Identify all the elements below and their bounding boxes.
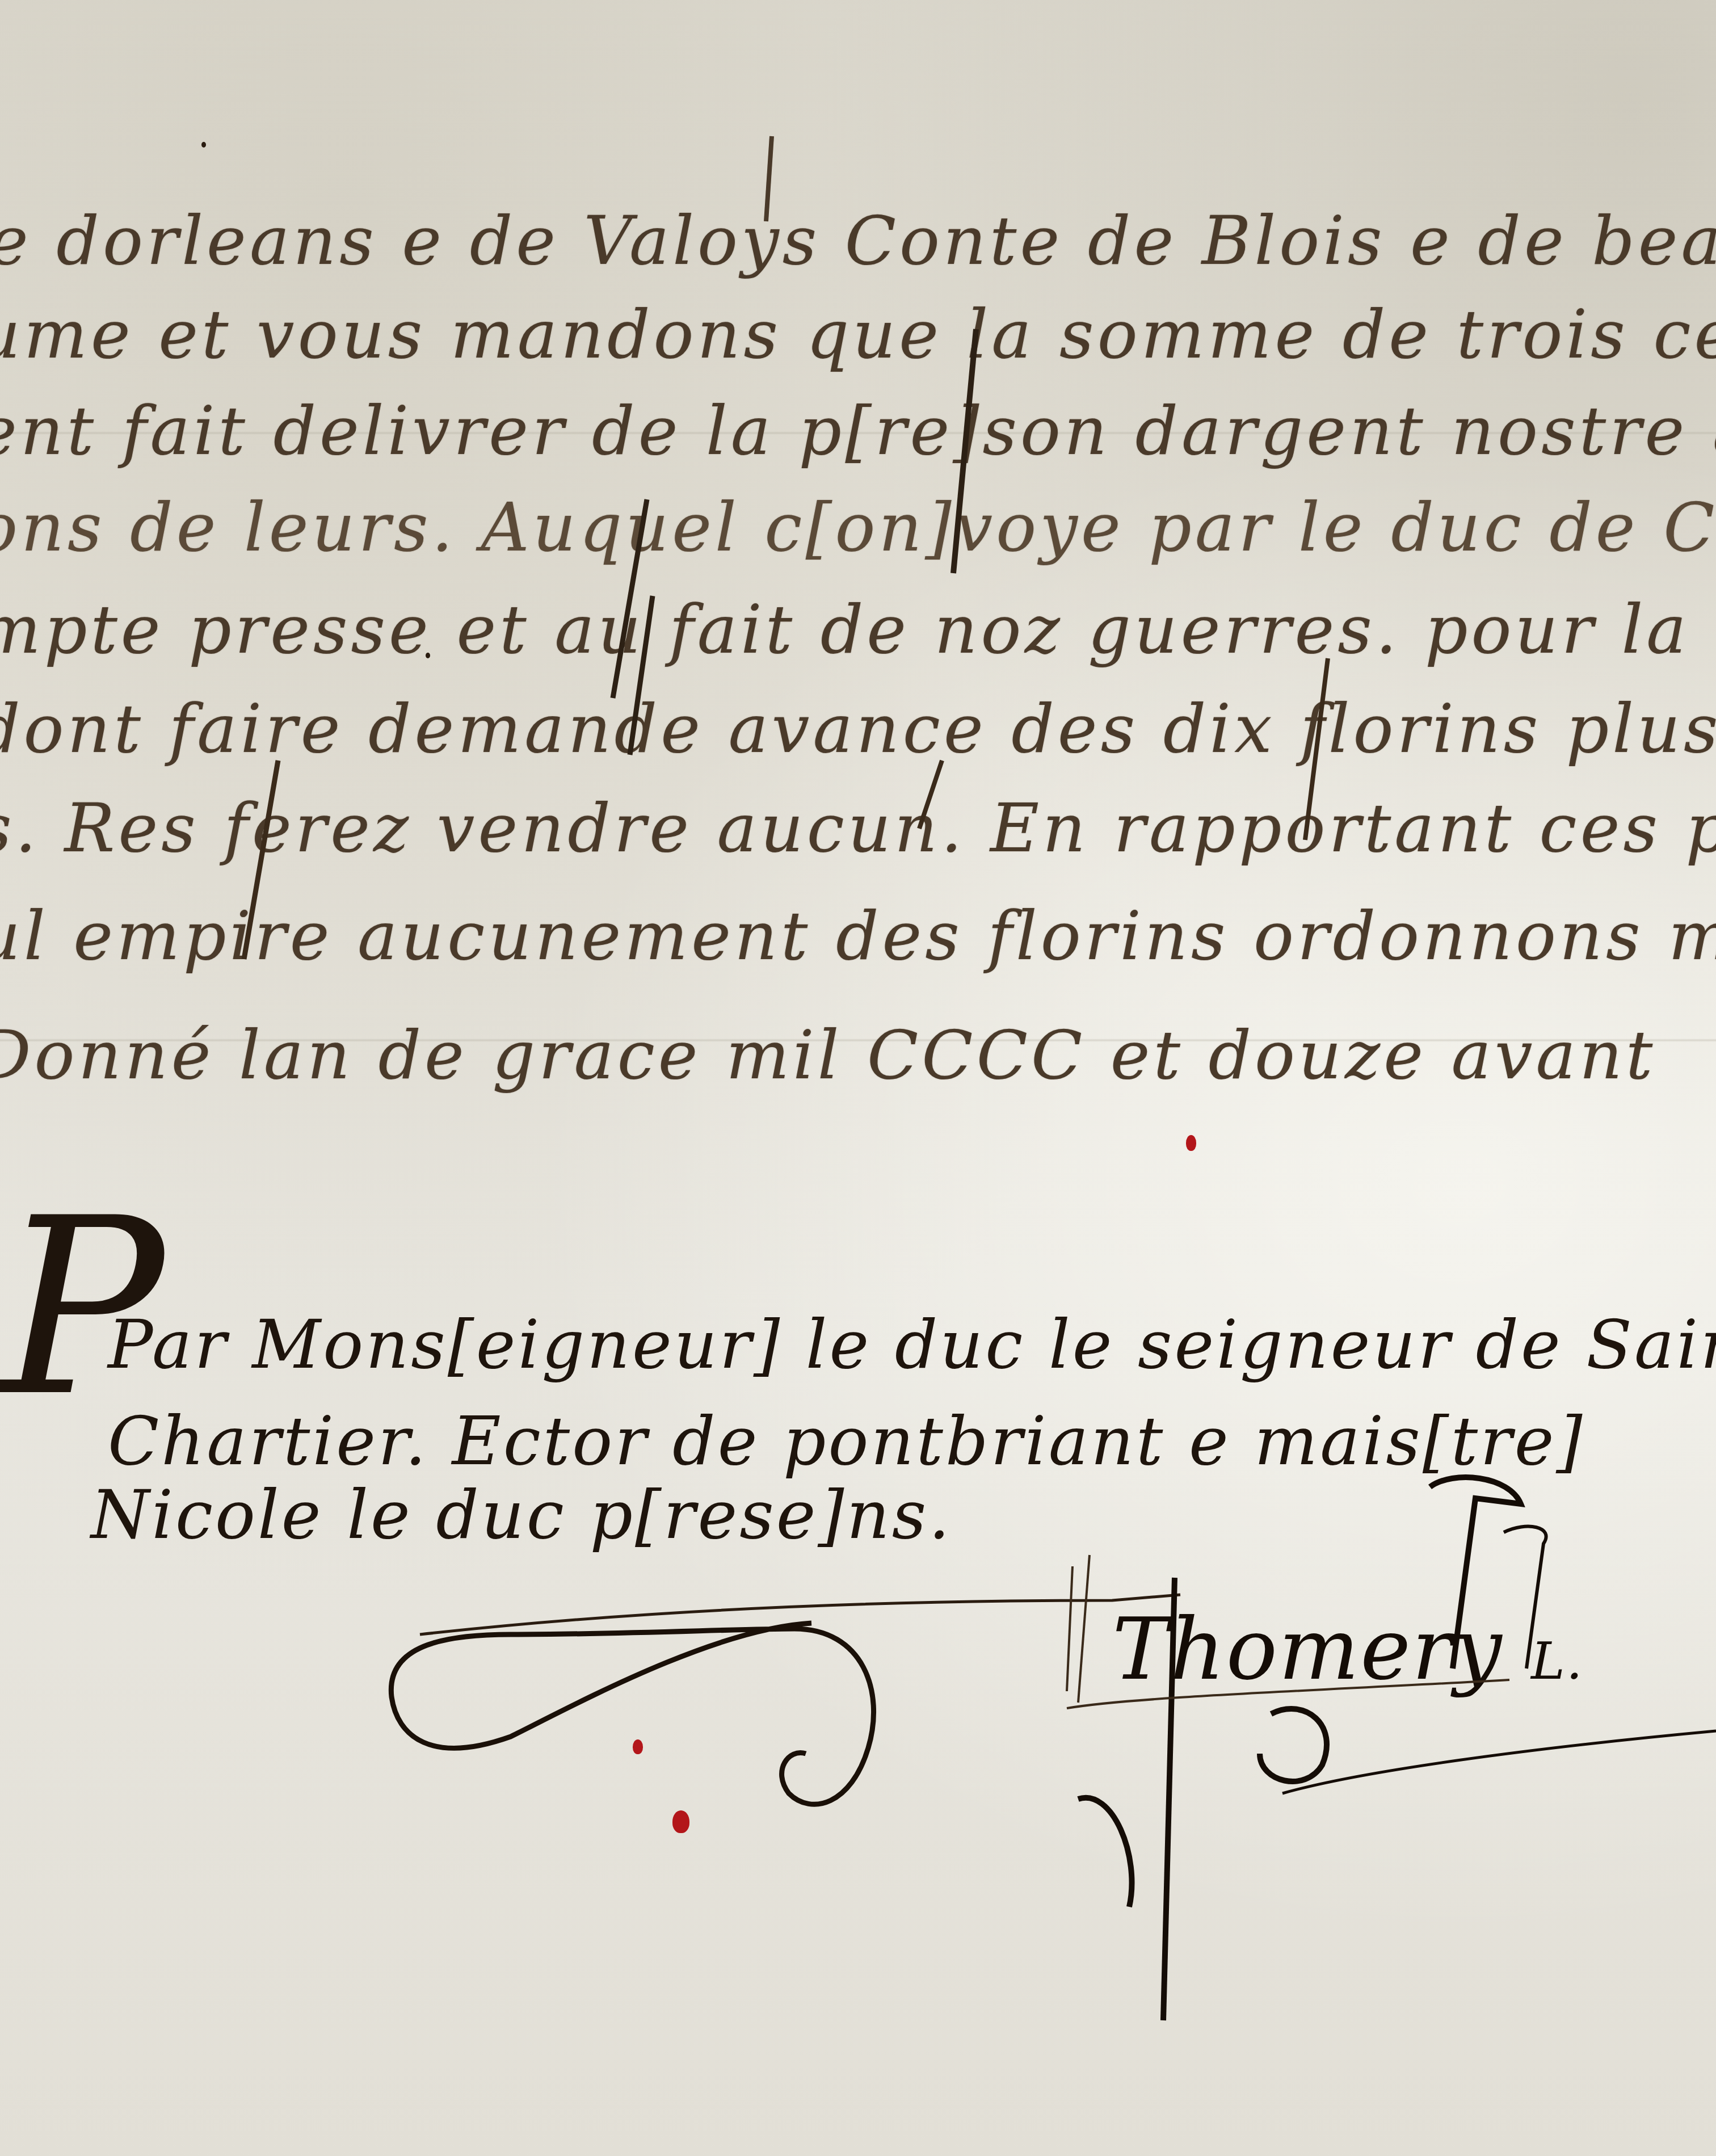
body-line: ume et vous mandons que la somme de troi…	[0, 301, 1716, 368]
signature-name: Thomery	[1112, 1600, 1503, 1699]
body-line: Donné lan de grace mil CCCC et douze ava…	[0, 1022, 1656, 1088]
red-wax-mark	[672, 1810, 689, 1833]
body-line: e dorleans e de Valoys Conte de Blois e …	[0, 207, 1716, 274]
signature-thomery: Thomery L.	[1112, 1600, 1583, 1699]
signature-suffix: L.	[1531, 1632, 1583, 1691]
body-line: ent fait delivrer de la p[re]son dargent…	[0, 397, 1716, 464]
subscription-line: Chartier. Ector de pontbriant e mais[tre…	[108, 1407, 1585, 1474]
body-line: ons de leurs. Auquel c[on]voye par le du…	[0, 494, 1716, 561]
red-wax-mark	[1186, 1135, 1196, 1151]
ink-speck	[426, 653, 430, 658]
subscription-line: Nicole le duc p[rese]ns.	[91, 1481, 952, 1548]
body-line: s. Res ferez vendre aucun. En rapportant…	[0, 795, 1716, 861]
body-line: dont faire demande avance des dix florin…	[0, 695, 1716, 762]
red-wax-mark	[633, 1739, 643, 1754]
body-line: mpte presse et au fait de noz guerres. p…	[0, 596, 1689, 663]
body-line: ul empire aucunement des florins ordonno…	[0, 902, 1716, 969]
subscription-line: Par Mons[eigneur] le duc le seigneur de …	[108, 1311, 1716, 1378]
ink-speck	[201, 142, 206, 148]
